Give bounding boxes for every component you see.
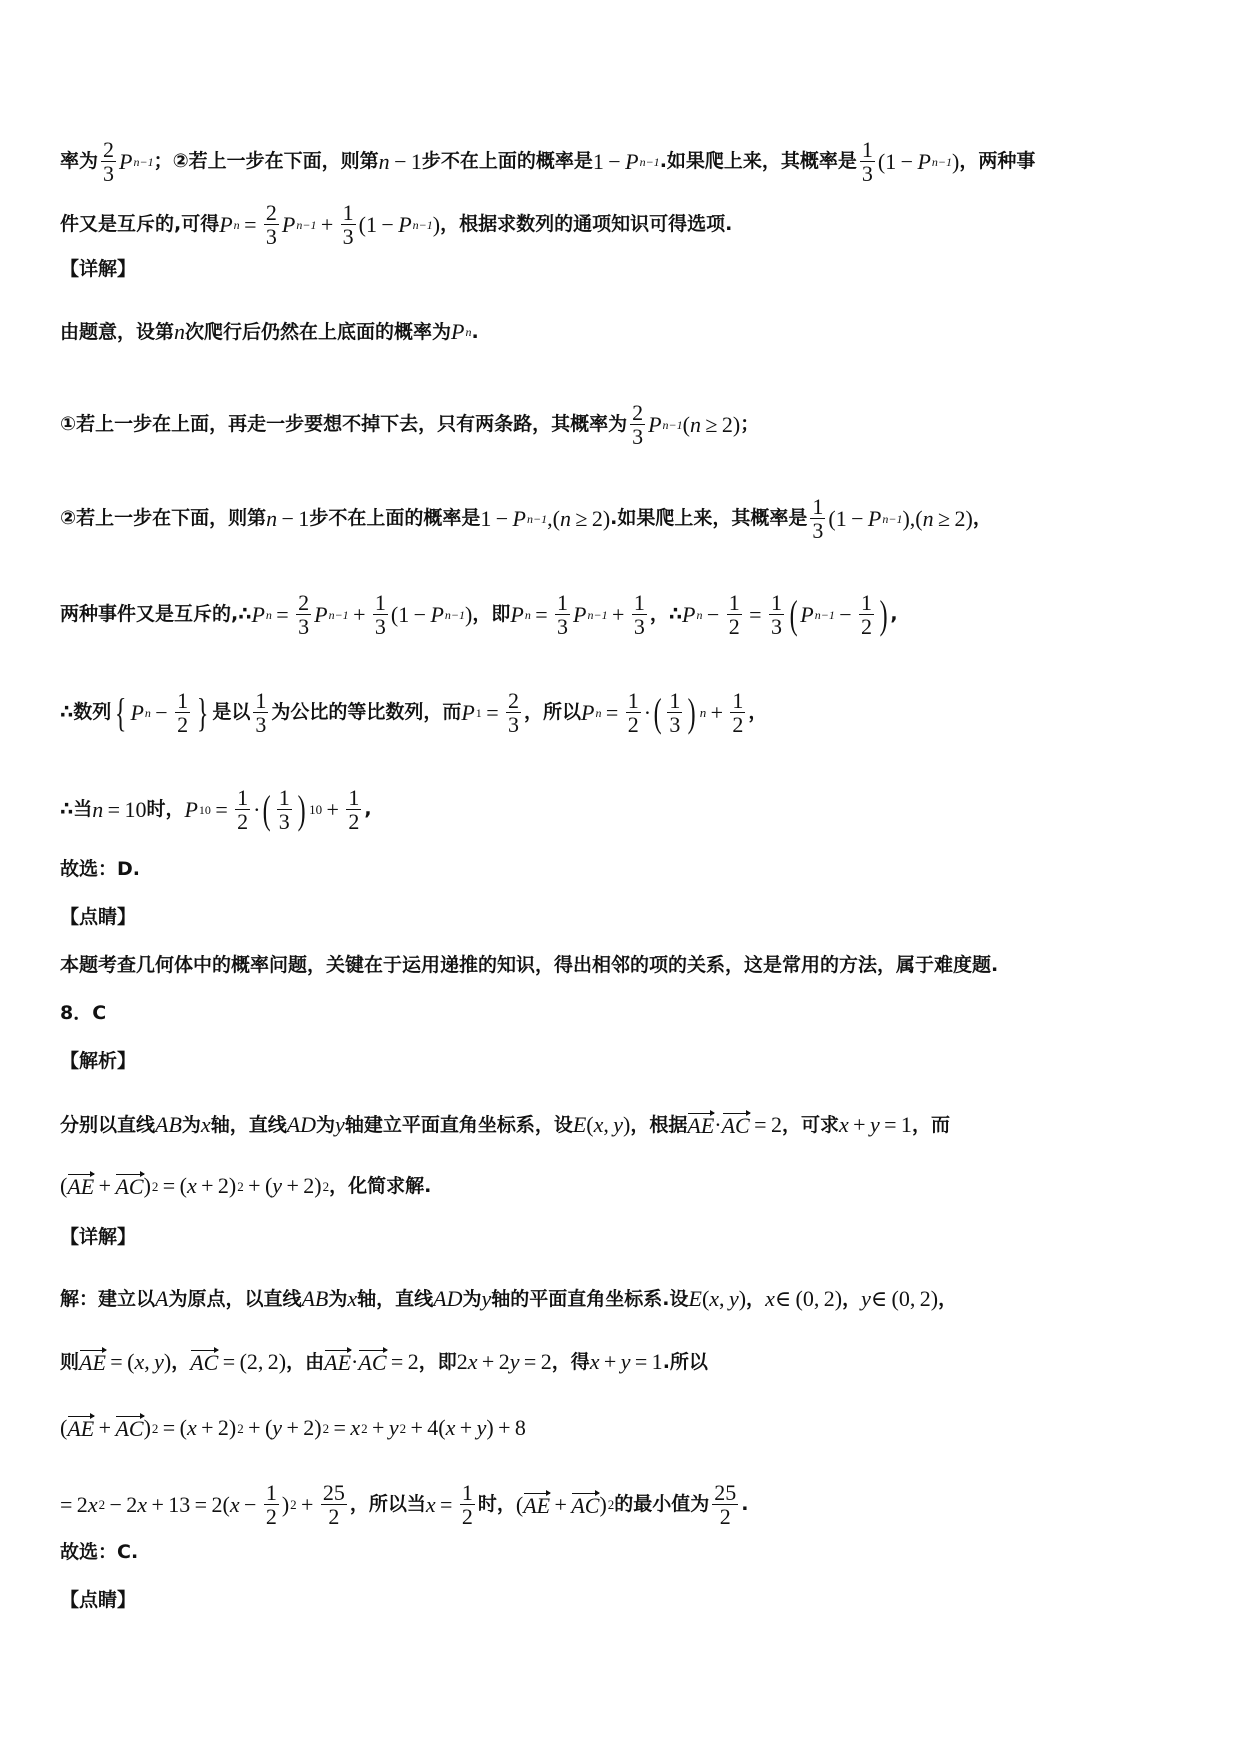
text-line: (AE + AC)2 = (x + 2)2 + (y + 2)2，化简求解. bbox=[60, 1174, 1200, 1198]
math-variable: P bbox=[917, 151, 930, 173]
text-line: 故选：D. bbox=[60, 860, 1200, 879]
math-expression: AE·AC = 2 bbox=[687, 1113, 782, 1137]
math-symbol: − bbox=[240, 1494, 261, 1516]
math-symbol: − bbox=[151, 702, 172, 724]
text-span: 轴的平面直角坐标系.设 bbox=[491, 1290, 688, 1309]
fraction-numerator: 1 bbox=[264, 1481, 279, 1505]
text-span: 故选：C. bbox=[60, 1543, 138, 1562]
fraction-denominator: 3 bbox=[264, 225, 279, 248]
fraction-numerator: 1 bbox=[730, 689, 745, 713]
math-expression: AE·AC = 2 bbox=[324, 1350, 419, 1374]
text-line: 故选：C. bbox=[60, 1543, 1200, 1562]
math-expression: E(x, y) bbox=[573, 1114, 631, 1136]
math-fraction: 13 bbox=[860, 138, 875, 185]
math-symbol: , bbox=[603, 1114, 613, 1136]
math-fraction: 13 bbox=[555, 591, 570, 638]
text-span: 轴，直线 bbox=[211, 1116, 287, 1135]
fraction-denominator: 2 bbox=[859, 615, 874, 638]
fraction-numerator: 1 bbox=[555, 591, 570, 615]
math-variable: x bbox=[426, 1494, 436, 1516]
section-heading: 【详解】 bbox=[60, 260, 1200, 279]
math-variable: x bbox=[134, 1351, 144, 1373]
math-expression: x + y = 1 bbox=[839, 1114, 912, 1136]
math-variable: P bbox=[868, 508, 881, 530]
fraction-numerator: 1 bbox=[277, 786, 292, 810]
math-expression: 13 bbox=[250, 689, 271, 736]
math-vector: AE bbox=[67, 1416, 94, 1440]
math-subscript: n−1 bbox=[932, 156, 952, 168]
fraction-denominator: 3 bbox=[341, 225, 356, 248]
math-expression: Pn = 23Pn−1 + 13(1 − Pn−1) bbox=[251, 591, 472, 638]
text-line: 分别以直线AB为x轴，直线AD为y轴建立平面直角坐标系，设E(x, y)，根据A… bbox=[60, 1113, 1200, 1137]
text-span: ，由 bbox=[286, 1353, 324, 1372]
text-line: ②若上一步在下面，则第n − 1步不在上面的概率是1 − Pn−1,(n ≥ 2… bbox=[60, 495, 1200, 542]
math-expression: E(x, y) bbox=[689, 1288, 747, 1310]
fraction-numerator: 1 bbox=[859, 591, 874, 615]
math-variable: P bbox=[573, 604, 586, 626]
math-fraction: 252 bbox=[712, 1481, 738, 1528]
math-variable: y bbox=[729, 1288, 739, 1310]
text-span: ；②若上一步在下面，则第 bbox=[154, 152, 379, 171]
math-variable: P bbox=[119, 151, 132, 173]
math-symbol: − 1 bbox=[277, 508, 309, 530]
fraction-denominator: 2 bbox=[626, 713, 641, 736]
fraction-denominator: 2 bbox=[718, 1505, 733, 1528]
fraction-numerator: 1 bbox=[667, 689, 682, 713]
math-vector: AE bbox=[324, 1350, 351, 1374]
math-bracket: ( bbox=[790, 595, 798, 635]
math-symbol: = 1 bbox=[880, 1114, 912, 1136]
math-expression: {Pn − 12} bbox=[111, 689, 212, 736]
fraction-denominator: 3 bbox=[296, 615, 311, 638]
text-line: 两种事件又是互斥的,∴Pn = 23Pn−1 + 13(1 − Pn−1)，即P… bbox=[60, 591, 1200, 638]
fraction-numerator: 2 bbox=[630, 401, 645, 425]
math-subscript: n−1 bbox=[815, 609, 835, 621]
fraction-denominator: 2 bbox=[235, 810, 250, 833]
section-heading: 【详解】 bbox=[60, 1228, 1200, 1247]
math-symbol: · bbox=[644, 702, 651, 724]
math-symbol: = bbox=[745, 604, 766, 626]
math-variable: x bbox=[88, 1494, 98, 1516]
text-span: 时， bbox=[146, 800, 184, 819]
text-span: 故选：D. bbox=[60, 860, 140, 879]
math-variable: P bbox=[219, 214, 232, 236]
math-symbol: = 10 bbox=[103, 799, 146, 821]
math-symbol: + bbox=[349, 604, 370, 626]
math-symbol: (1 − bbox=[828, 508, 868, 530]
fraction-denominator: 2 bbox=[264, 1505, 279, 1528]
fraction-numerator: 2 bbox=[264, 201, 279, 225]
math-symbol: ),( bbox=[902, 508, 922, 530]
math-fraction: 13 bbox=[277, 786, 292, 833]
math-symbol: ) bbox=[144, 1417, 151, 1439]
math-variable: y bbox=[861, 1288, 871, 1310]
math-symbol: , bbox=[144, 1351, 154, 1373]
text-span: ，根据求数列的通项知识可得选项. bbox=[440, 215, 732, 234]
math-fraction: 23 bbox=[506, 689, 521, 736]
math-symbol: ) bbox=[465, 604, 472, 626]
math-expression: n − 1 bbox=[379, 151, 422, 173]
math-variable: E bbox=[689, 1288, 702, 1310]
math-symbol: + bbox=[368, 1417, 389, 1439]
math-subscript: n−1 bbox=[329, 609, 349, 621]
math-variable: y bbox=[613, 1114, 623, 1136]
text-span: ； bbox=[740, 415, 759, 434]
math-variable: n bbox=[690, 414, 701, 436]
math-symbol: = bbox=[531, 604, 552, 626]
math-symbol: = ( bbox=[158, 1175, 187, 1197]
math-variable: P bbox=[682, 604, 695, 626]
math-symbol: 2 bbox=[457, 1351, 468, 1373]
math-symbol: ≥ 2) bbox=[934, 508, 973, 530]
math-fraction: 12 bbox=[235, 786, 250, 833]
math-variable: P bbox=[398, 214, 411, 236]
math-symbol: = bbox=[329, 1417, 350, 1439]
text-span: 本题考查几何体中的概率问题，关键在于运用递推的知识，得出相邻的项的关系，这是常用… bbox=[60, 956, 998, 975]
math-expression: y bbox=[482, 1288, 492, 1310]
math-vector: AC bbox=[115, 1416, 143, 1440]
math-subscript: n−1 bbox=[882, 513, 902, 525]
fraction-numerator: 1 bbox=[860, 138, 875, 162]
text-line: 8．C bbox=[60, 1004, 1200, 1023]
text-span: 为 bbox=[182, 1116, 201, 1135]
math-symbol: ∈ (0, 2) bbox=[775, 1288, 842, 1310]
math-symbol: + bbox=[608, 604, 629, 626]
text-span: . bbox=[471, 323, 478, 342]
math-expression: 2x + 2y = 2 bbox=[457, 1351, 552, 1373]
math-symbol: ( bbox=[586, 1114, 593, 1136]
math-expression: 1 − Pn−1,(n ≥ 2) bbox=[480, 508, 610, 530]
text-span: 【点睛】 bbox=[60, 908, 136, 927]
math-symbol: = bbox=[272, 604, 293, 626]
math-symbol: ) bbox=[164, 1351, 171, 1373]
text-span: 【解析】 bbox=[60, 1052, 136, 1071]
math-fraction: 12 bbox=[460, 1481, 475, 1528]
math-vector: AC bbox=[722, 1113, 750, 1137]
math-symbol: (1 − bbox=[391, 604, 431, 626]
fraction-numerator: 1 bbox=[727, 591, 742, 615]
math-symbol: + bbox=[94, 1417, 115, 1439]
math-superscript: 10 bbox=[309, 803, 322, 816]
math-expression: n = 10 bbox=[92, 799, 146, 821]
math-expression: P10 = 12·(13)10 + 12 bbox=[184, 786, 364, 833]
text-span: 分别以直线 bbox=[60, 1116, 155, 1135]
math-variable: P bbox=[513, 508, 526, 530]
math-symbol: + 2) bbox=[197, 1175, 237, 1197]
math-expression: Pn = 13Pn−1 + 13 bbox=[510, 591, 649, 638]
text-span: 时， bbox=[478, 1495, 516, 1514]
math-fraction: 12 bbox=[346, 786, 361, 833]
math-symbol: ) bbox=[952, 151, 959, 173]
fraction-denominator: 2 bbox=[346, 810, 361, 833]
text-span: .所以 bbox=[663, 1353, 708, 1372]
math-variable: y bbox=[477, 1417, 487, 1439]
text-span: ，∴ bbox=[650, 605, 682, 624]
text-span: 为原点，以直线 bbox=[168, 1290, 301, 1309]
text-span: 两种事件又是互斥的,∴ bbox=[60, 605, 251, 624]
math-subscript: n−1 bbox=[296, 219, 316, 231]
math-fraction: 13 bbox=[810, 495, 825, 542]
math-variable: x bbox=[201, 1114, 211, 1136]
math-variable: P bbox=[461, 702, 474, 724]
math-variable: P bbox=[625, 151, 638, 173]
math-expression: AE = (x, y) bbox=[79, 1350, 171, 1374]
math-symbol: ( bbox=[683, 414, 690, 436]
fraction-numerator: 1 bbox=[810, 495, 825, 519]
math-expression: x = 12 bbox=[426, 1481, 478, 1528]
math-symbol: = ( bbox=[106, 1351, 135, 1373]
text-span: , bbox=[890, 605, 897, 624]
text-line: 由题意，设第n次爬行后仍然在上底面的概率为Pn. bbox=[60, 321, 1200, 343]
text-span: 为 bbox=[463, 1290, 482, 1309]
text-span: ， bbox=[748, 703, 767, 722]
math-symbol: + bbox=[550, 1494, 571, 1516]
math-bracket: ( bbox=[654, 693, 662, 733]
fraction-denominator: 3 bbox=[769, 615, 784, 638]
text-span: 是以 bbox=[212, 703, 250, 722]
fraction-denominator: 3 bbox=[373, 615, 388, 638]
text-span: ，得 bbox=[552, 1353, 590, 1372]
math-symbol: + ( bbox=[244, 1175, 273, 1197]
fraction-denominator: 3 bbox=[506, 713, 521, 736]
math-subscript: n−1 bbox=[133, 156, 153, 168]
text-span: 步不在上面的概率是 bbox=[422, 152, 593, 171]
math-symbol: = bbox=[482, 702, 503, 724]
math-variable: P bbox=[282, 214, 295, 236]
text-span: ，可求 bbox=[782, 1116, 839, 1135]
math-bracket: ) bbox=[880, 595, 888, 635]
math-variable: AD bbox=[287, 1114, 316, 1136]
math-vector: AC bbox=[358, 1350, 386, 1374]
math-expression: = 2x2 − 2x + 13 = 2(x − 12)2 + 252 bbox=[60, 1481, 350, 1528]
math-expression: 1 − Pn−1 bbox=[593, 151, 660, 173]
text-line: 本题考查几何体中的概率问题，关键在于运用递推的知识，得出相邻的项的关系，这是常用… bbox=[60, 956, 1200, 975]
fraction-denominator: 3 bbox=[632, 615, 647, 638]
math-symbol: = 2 bbox=[387, 1351, 419, 1373]
text-span: 的最小值为 bbox=[614, 1495, 709, 1514]
math-symbol: 1 − bbox=[593, 151, 625, 173]
math-symbol: ) bbox=[282, 1494, 289, 1516]
math-variable: n bbox=[266, 508, 277, 530]
math-symbol: + 13 = 2( bbox=[147, 1494, 230, 1516]
math-variable: P bbox=[430, 604, 443, 626]
math-variable: x bbox=[230, 1494, 240, 1516]
text-span: 由题意，设第 bbox=[60, 323, 174, 342]
text-span: ，所以当 bbox=[350, 1495, 426, 1514]
math-symbol: = bbox=[436, 1494, 457, 1516]
text-span: ，两种事 bbox=[959, 152, 1035, 171]
math-fraction: 12 bbox=[859, 591, 874, 638]
math-fraction: 23 bbox=[264, 201, 279, 248]
math-variable: x bbox=[137, 1494, 147, 1516]
text-span: ，根据 bbox=[630, 1116, 687, 1135]
text-span: . bbox=[741, 1495, 748, 1514]
math-variable: y bbox=[870, 1114, 880, 1136]
fraction-denominator: 3 bbox=[277, 810, 292, 833]
math-expression: Pn = 12·(13)n + 12 bbox=[581, 689, 748, 736]
math-expression: 23Pn−1 bbox=[98, 138, 154, 185]
math-symbol: + 2 bbox=[478, 1351, 510, 1373]
math-variable: x bbox=[765, 1288, 775, 1310]
text-span: ，即 bbox=[419, 1353, 457, 1372]
math-expression: 23Pn−1(n ≥ 2) bbox=[627, 401, 740, 448]
text-span: 【详解】 bbox=[60, 260, 136, 279]
text-span: .如果爬上来，其概率是 bbox=[610, 509, 807, 528]
fraction-denominator: 2 bbox=[175, 713, 190, 736]
math-fraction: 13 bbox=[769, 591, 784, 638]
math-subscript: n−1 bbox=[527, 513, 547, 525]
math-expression: y∈ (0, 2) bbox=[861, 1288, 938, 1310]
math-expression: 13(1 − Pn−1) bbox=[857, 138, 959, 185]
math-vector: AC bbox=[571, 1493, 599, 1517]
math-expression: n bbox=[174, 321, 185, 343]
math-expression: AD bbox=[287, 1114, 316, 1136]
math-expression: AC = (2, 2) bbox=[190, 1350, 286, 1374]
math-variable: y bbox=[272, 1175, 282, 1197]
fraction-denominator: 2 bbox=[326, 1505, 341, 1528]
math-symbol: = (2, 2) bbox=[218, 1351, 286, 1373]
math-symbol: + bbox=[316, 214, 337, 236]
text-line: 率为23Pn−1；②若上一步在下面，则第n − 1步不在上面的概率是1 − Pn… bbox=[60, 138, 1200, 185]
math-expression: P1 = 23 bbox=[461, 689, 524, 736]
fraction-numerator: 1 bbox=[175, 689, 190, 713]
math-expression: x bbox=[347, 1288, 357, 1310]
text-span: ，而 bbox=[912, 1116, 950, 1135]
text-span: ∴当 bbox=[60, 800, 92, 819]
text-span: 则 bbox=[60, 1353, 79, 1372]
text-span: 为 bbox=[316, 1116, 335, 1135]
math-subscript: n−1 bbox=[413, 219, 433, 231]
math-fraction: 23 bbox=[630, 401, 645, 448]
math-variable: A bbox=[155, 1288, 168, 1310]
math-symbol: ) bbox=[433, 214, 440, 236]
math-fraction: 12 bbox=[727, 591, 742, 638]
text-span: 【详解】 bbox=[60, 1228, 136, 1247]
math-symbol: (1 − bbox=[878, 151, 918, 173]
math-variable: n bbox=[379, 151, 390, 173]
math-bracket: ) bbox=[688, 693, 696, 733]
text-line: ∴数列{Pn − 12}是以13为公比的等比数列，而P1 = 23，所以Pn =… bbox=[60, 689, 1200, 736]
fraction-denominator: 3 bbox=[630, 425, 645, 448]
math-variable: y bbox=[482, 1288, 492, 1310]
math-symbol: ) + 8 bbox=[486, 1417, 526, 1439]
text-span: ②若上一步在下面，则第 bbox=[60, 509, 266, 528]
math-variable: P bbox=[184, 799, 197, 821]
fraction-numerator: 2 bbox=[506, 689, 521, 713]
math-symbol: ) bbox=[739, 1288, 746, 1310]
math-variable: P bbox=[510, 604, 523, 626]
math-symbol: = 2 bbox=[60, 1494, 88, 1516]
math-symbol: = 1 bbox=[630, 1351, 662, 1373]
math-variable: P bbox=[800, 604, 813, 626]
math-symbol: + bbox=[297, 1494, 318, 1516]
math-variable: y bbox=[154, 1351, 164, 1373]
math-variable: AB bbox=[155, 1114, 182, 1136]
math-expression: AB bbox=[155, 1114, 182, 1136]
math-expression: AD bbox=[433, 1288, 462, 1310]
math-variable: y bbox=[335, 1114, 345, 1136]
fraction-numerator: 1 bbox=[626, 689, 641, 713]
math-fraction: 12 bbox=[730, 689, 745, 736]
text-span: 件又是互斥的,可得 bbox=[60, 215, 219, 234]
math-expression: Pn = 23Pn−1 + 13(1 − Pn−1) bbox=[219, 201, 440, 248]
text-span: ， bbox=[171, 1353, 190, 1372]
math-symbol: · bbox=[714, 1114, 721, 1136]
math-variable: x bbox=[468, 1351, 478, 1373]
fraction-denominator: 3 bbox=[810, 519, 825, 542]
math-expression: Pn − 12 = 13(Pn−1 − 12) bbox=[682, 591, 890, 638]
fraction-numerator: 25 bbox=[712, 1481, 738, 1505]
fraction-numerator: 2 bbox=[101, 138, 116, 162]
text-span: ∴数列 bbox=[60, 703, 111, 722]
math-symbol: = bbox=[601, 702, 622, 724]
text-span: .如果爬上来，其概率是 bbox=[660, 152, 857, 171]
math-bracket: ( bbox=[263, 790, 271, 830]
math-fraction: 23 bbox=[296, 591, 311, 638]
math-variable: x bbox=[187, 1175, 197, 1197]
text-span: 次爬行后仍然在上底面的概率为 bbox=[185, 323, 451, 342]
section-heading: 【点睛】 bbox=[60, 908, 1200, 927]
fraction-denominator: 3 bbox=[555, 615, 570, 638]
text-span: 8．C bbox=[60, 1004, 106, 1023]
math-symbol: , bbox=[719, 1288, 729, 1310]
math-symbol: ,( bbox=[547, 508, 560, 530]
math-symbol: − 2 bbox=[105, 1494, 137, 1516]
math-bracket: { bbox=[115, 693, 127, 733]
math-symbol: ) bbox=[623, 1114, 630, 1136]
math-fraction: 12 bbox=[175, 689, 190, 736]
math-variable: P bbox=[130, 702, 143, 724]
text-line: 件又是互斥的,可得Pn = 23Pn−1 + 13(1 − Pn−1)，根据求数… bbox=[60, 201, 1200, 248]
math-symbol: + bbox=[322, 799, 343, 821]
math-symbol: = 2 bbox=[519, 1351, 551, 1373]
math-bracket: ) bbox=[297, 790, 305, 830]
fraction-numerator: 1 bbox=[460, 1481, 475, 1505]
text-line: 解：建立以A为原点，以直线AB为x轴，直线AD为y轴的平面直角坐标系.设E(x,… bbox=[60, 1288, 1200, 1310]
math-fraction: 23 bbox=[101, 138, 116, 185]
fraction-denominator: 3 bbox=[860, 162, 875, 185]
math-variable: x bbox=[187, 1417, 197, 1439]
math-symbol: · bbox=[253, 799, 260, 821]
math-vector: AC bbox=[115, 1174, 143, 1198]
math-symbol: ∈ (0, 2) bbox=[871, 1288, 938, 1310]
math-symbol: = 2 bbox=[750, 1114, 782, 1136]
math-expression: 252 bbox=[709, 1481, 741, 1528]
math-variable: x bbox=[594, 1114, 604, 1136]
text-span: 为公比的等比数列，而 bbox=[271, 703, 461, 722]
math-variable: y bbox=[389, 1417, 399, 1439]
text-line: ①若上一步在上面，再走一步要想不掉下去，只有两条路，其概率为23Pn−1(n ≥… bbox=[60, 401, 1200, 448]
fraction-numerator: 1 bbox=[253, 689, 268, 713]
fraction-denominator: 2 bbox=[730, 713, 745, 736]
math-expression: AB bbox=[301, 1288, 328, 1310]
math-variable: x bbox=[350, 1417, 360, 1439]
math-expression: n − 1 bbox=[266, 508, 309, 530]
text-line: 则AE = (x, y)，AC = (2, 2)，由AE·AC = 2，即2x … bbox=[60, 1350, 1200, 1374]
math-vector: AE bbox=[523, 1493, 550, 1517]
math-variable: AD bbox=[433, 1288, 462, 1310]
math-symbol: (1 − bbox=[359, 214, 399, 236]
math-symbol: + 2) bbox=[197, 1417, 237, 1439]
fraction-denominator: 3 bbox=[667, 713, 682, 736]
math-fraction: 13 bbox=[373, 591, 388, 638]
math-expression: Pn bbox=[451, 321, 471, 343]
math-fraction: 252 bbox=[321, 1481, 347, 1528]
math-variable: y bbox=[272, 1417, 282, 1439]
math-subscript: 10 bbox=[199, 804, 211, 816]
math-expression: (AE + AC)2 = (x + 2)2 + (y + 2)2 = x2 + … bbox=[60, 1416, 526, 1440]
math-subscript: n−1 bbox=[640, 156, 660, 168]
